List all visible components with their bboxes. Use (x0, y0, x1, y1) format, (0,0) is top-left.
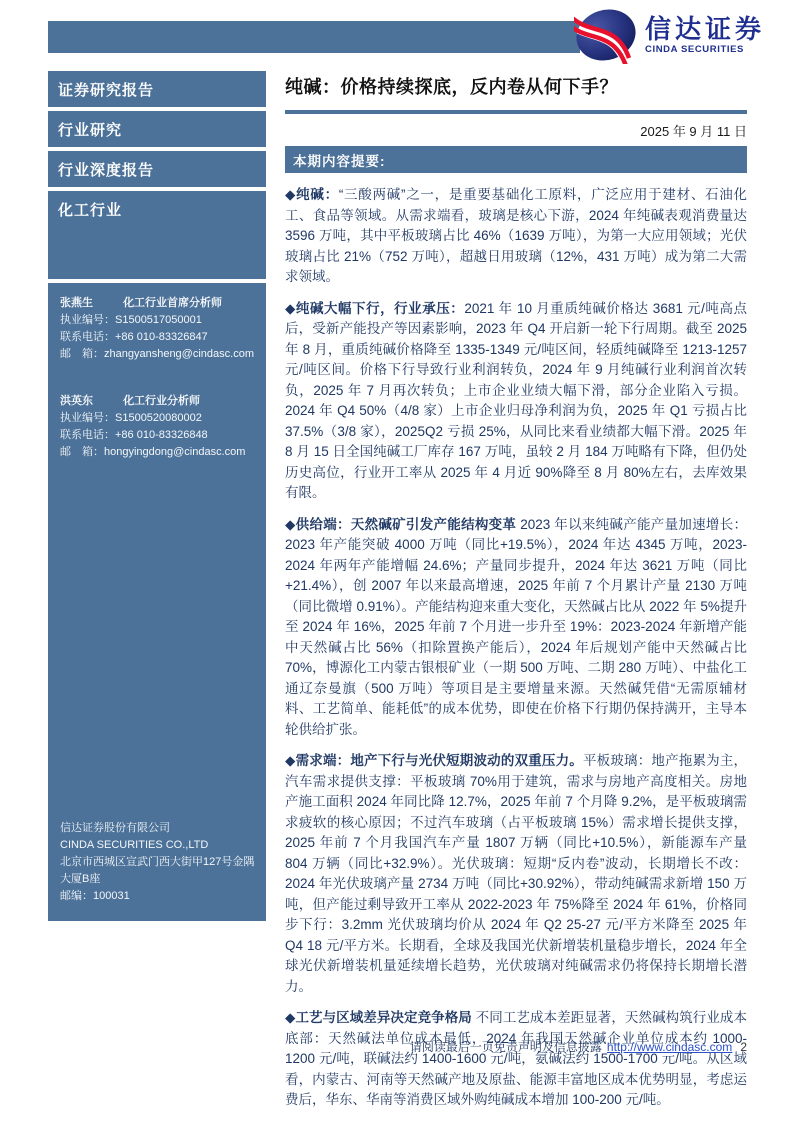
footer-disclaimer: 请阅读最后一页免责声明及信息披露 (410, 1040, 602, 1054)
sidebar: 证券研究报告 行业研究 行业深度报告 化工行业 张燕生 化工行业首席分析师 执业… (48, 71, 266, 921)
summary-header: 本期内容提要: (285, 146, 747, 173)
company-name-en: CINDA SECURITIES CO.,LTD (60, 837, 256, 854)
paragraph-lead: 供给端：天然碱矿引发产能结构变革 (296, 517, 517, 532)
analyst-phone: +86 010-83326848 (115, 429, 208, 441)
paragraph-text: 2023 年以来纯碱产能产量加速增长：2023 年产能突破 4000 万吨（同比… (285, 517, 747, 737)
sidebar-tag-industry-research: 行业研究 (48, 111, 266, 147)
analyst-title: 化工行业首席分析师 (123, 297, 222, 309)
company-address: 北京市西城区宣武门西大街甲127号金隅大厦B座 (60, 854, 256, 888)
company-name-cn: 信达证券股份有限公司 (60, 820, 256, 837)
company-postcode: 邮编：100031 (60, 888, 256, 905)
paragraph-text: 平板玻璃：地产拖累为主，汽车需求提供支撑：平板玻璃 70%用于建筑，需求与房地产… (285, 753, 747, 994)
bullet-diamond-icon: ◆ (285, 1010, 295, 1025)
sidebar-tag-chemical-industry: 化工行业 (48, 191, 266, 279)
analyst-email-row: 邮 箱：zhangyansheng@cindasc.com (60, 346, 256, 363)
summary-body: ◆纯碱：“三酸两碱”之一，是重要基础化工原料，广泛应用于建材、石油化工、食品等领… (285, 185, 747, 1111)
analyst-phone-row: 联系电话：+86 010-83326848 (60, 427, 256, 444)
cinda-logo: 信达证券 CINDA SECURITIES (574, 6, 788, 64)
paragraph-price-decline: ◆纯碱大幅下行，行业承压：2021 年 10 月重质纯碱价格达 3681 元/吨… (285, 299, 747, 504)
sidebar-info-panel: 张燕生 化工行业首席分析师 执业编号：S1500517050001 联系电话：+… (48, 283, 266, 921)
sidebar-tag-industry-depth: 行业深度报告 (48, 151, 266, 187)
analyst-name: 洪英东 (60, 393, 120, 410)
page-footer: 请阅读最后一页免责声明及信息披露http://www.cindasc.com2 (285, 1038, 747, 1055)
analyst-title: 化工行业分析师 (123, 395, 200, 407)
paragraph-lead: 需求端：地产下行与光伏短期波动的双重压力。 (296, 753, 583, 768)
analyst-license-row: 执业编号：S1500520080002 (60, 410, 256, 427)
analyst-license: S1500520080002 (115, 412, 202, 424)
header-bar (48, 21, 580, 53)
page-number: 2 (740, 1040, 747, 1054)
report-title: 纯碱：价格持续探底，反内卷从何下手？ (285, 73, 747, 99)
analyst-phone: +86 010-83326847 (115, 331, 208, 343)
bullet-diamond-icon: ◆ (285, 753, 296, 768)
logo-text: 信达证券 CINDA SECURITIES (645, 16, 765, 55)
report-date: 2025 年 9 月 11 日 (285, 121, 747, 140)
analyst-block-2: 洪英东 化工行业分析师 执业编号：S1500520080002 联系电话：+86… (60, 393, 256, 461)
analyst-email-row: 邮 箱：hongyingdong@cindasc.com (60, 444, 256, 461)
analyst-phone-row: 联系电话：+86 010-83326847 (60, 329, 256, 346)
bullet-diamond-icon: ◆ (285, 187, 296, 202)
paragraph-lead: 工艺与区域差异决定竞争格局 (295, 1010, 471, 1025)
company-info-block: 信达证券股份有限公司 CINDA SECURITIES CO.,LTD 北京市西… (60, 820, 256, 909)
paragraph-lead: 纯碱大幅下行，行业承压： (296, 301, 464, 316)
bullet-diamond-icon: ◆ (285, 301, 296, 316)
paragraph-process-region: ◆工艺与区域差异决定竞争格局 不同工艺成本差距显著，天然碱构筑行业成本底部：天然… (285, 1008, 747, 1111)
paragraph-lead: 纯碱： (296, 187, 339, 202)
analyst-license-row: 执业编号：S1500517050001 (60, 312, 256, 329)
analyst-email: zhangyansheng@cindasc.com (104, 348, 254, 360)
analyst-block-1: 张燕生 化工行业首席分析师 执业编号：S1500517050001 联系电话：+… (60, 295, 256, 363)
analyst-name-row: 洪英东 化工行业分析师 (60, 393, 256, 410)
title-divider (285, 110, 747, 114)
logo-name-cn: 信达证券 (645, 16, 765, 42)
main-content: 纯碱：价格持续探底，反内卷从何下手？ 2025 年 9 月 11 日 本期内容提… (285, 73, 747, 1122)
analyst-name-row: 张燕生 化工行业首席分析师 (60, 295, 256, 312)
bullet-diamond-icon: ◆ (285, 517, 296, 532)
paragraph-text: “三酸两碱”之一，是重要基础化工原料，广泛应用于建材、石油化工、食品等领域。从需… (285, 187, 747, 284)
footer-website-link[interactable]: http://www.cindasc.com (607, 1040, 732, 1054)
paragraph-supply-side: ◆供给端：天然碱矿引发产能结构变革 2023 年以来纯碱产能产量加速增长：202… (285, 515, 747, 741)
analyst-name: 张燕生 (60, 295, 120, 312)
logo-name-en: CINDA SECURITIES (645, 45, 744, 55)
analyst-email: hongyingdong@cindasc.com (104, 446, 245, 458)
paragraph-demand-side: ◆需求端：地产下行与光伏短期波动的双重压力。平板玻璃：地产拖累为主，汽车需求提供… (285, 751, 747, 997)
logo-swoosh-icon (574, 6, 638, 64)
paragraph-text: 2021 年 10 月重质纯碱价格达 3681 元/吨高点后，受新产能投产等因素… (285, 301, 747, 501)
sidebar-tag-research-report: 证券研究报告 (48, 71, 266, 107)
analyst-license: S1500517050001 (115, 314, 202, 326)
paragraph-soda-ash-overview: ◆纯碱：“三酸两碱”之一，是重要基础化工原料，广泛应用于建材、石油化工、食品等领… (285, 185, 747, 288)
